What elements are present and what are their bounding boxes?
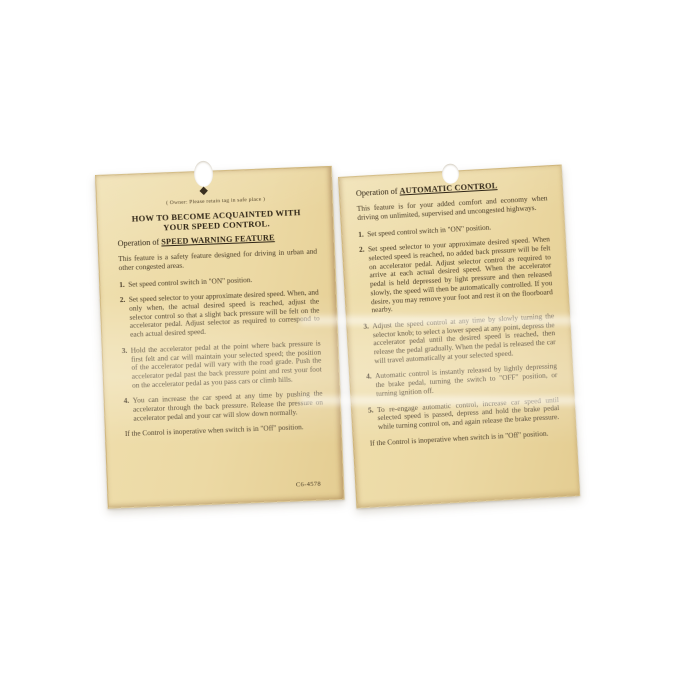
right-instruction-tag: Operation of AUTOMATIC CONTROL This feat… bbox=[338, 164, 580, 508]
right-footnote: If the Control is inoperative when switc… bbox=[370, 429, 561, 448]
right-heading-prefix: Operation of bbox=[356, 187, 400, 198]
left-instruction-tag: ( Owner: Please retain tag in safe place… bbox=[95, 166, 345, 509]
product-photo: ( Owner: Please retain tag in safe place… bbox=[0, 0, 680, 680]
list-item: 3. Hold the accelerator pedal at the poi… bbox=[122, 339, 323, 390]
list-item: 5. To re-engage automatic control, incre… bbox=[368, 396, 560, 433]
item-number: 1. bbox=[119, 280, 128, 289]
right-heading-emphasis: AUTOMATIC CONTROL bbox=[399, 181, 497, 195]
item-text: Set speed control switch in "ON" positio… bbox=[128, 273, 318, 289]
list-item: 2. Set speed selector to your approximat… bbox=[120, 289, 321, 340]
item-text: To re-engage automatic control, increase… bbox=[377, 396, 560, 432]
item-number: 1. bbox=[358, 230, 367, 239]
left-subheading-prefix: Operation of bbox=[117, 238, 161, 249]
list-item: 4. Automatic control is instantly releas… bbox=[366, 363, 558, 400]
right-tag-text: Operation of AUTOMATIC CONTROL This feat… bbox=[339, 166, 579, 508]
list-item: 2. Set speed selector to your approximat… bbox=[359, 236, 554, 316]
list-item: 3. Adjust the speed control at any time … bbox=[363, 312, 556, 366]
left-tag-text: ( Owner: Please retain tag in safe place… bbox=[96, 167, 344, 508]
part-code: C6-4578 bbox=[296, 481, 321, 489]
list-item: 4. You can increase the car speed at any… bbox=[124, 390, 324, 424]
right-intro-paragraph: This feature is for your added comfort a… bbox=[357, 194, 549, 222]
left-subheading: Operation of SPEED WARNING FEATURE bbox=[117, 232, 316, 250]
left-intro-paragraph: This feature is a safety feature designe… bbox=[118, 248, 318, 273]
left-subheading-emphasis: SPEED WARNING FEATURE bbox=[161, 233, 275, 246]
right-instruction-list: 1. Set speed control switch in "ON" posi… bbox=[358, 220, 560, 432]
left-footnote: If the Control is inoperative when switc… bbox=[125, 423, 324, 439]
tag-title: HOW TO BECOME ACQUAINTED WITH YOUR SPEED… bbox=[117, 207, 317, 235]
item-text: Automatic control is instantly released … bbox=[375, 363, 558, 399]
item-text: Set speed selector to your approximate d… bbox=[129, 289, 321, 340]
item-text: Adjust the speed control at any time by … bbox=[372, 312, 556, 366]
left-instruction-list: 1. Set speed control switch in "ON" posi… bbox=[119, 273, 323, 423]
list-item: 1. Set speed control switch in "ON" posi… bbox=[119, 273, 318, 289]
item-text: Set speed selector to your approximate d… bbox=[368, 236, 554, 316]
item-text: You can increase the car speed at any ti… bbox=[133, 390, 324, 423]
item-text: Hold the accelerator pedal at the point … bbox=[131, 339, 323, 390]
